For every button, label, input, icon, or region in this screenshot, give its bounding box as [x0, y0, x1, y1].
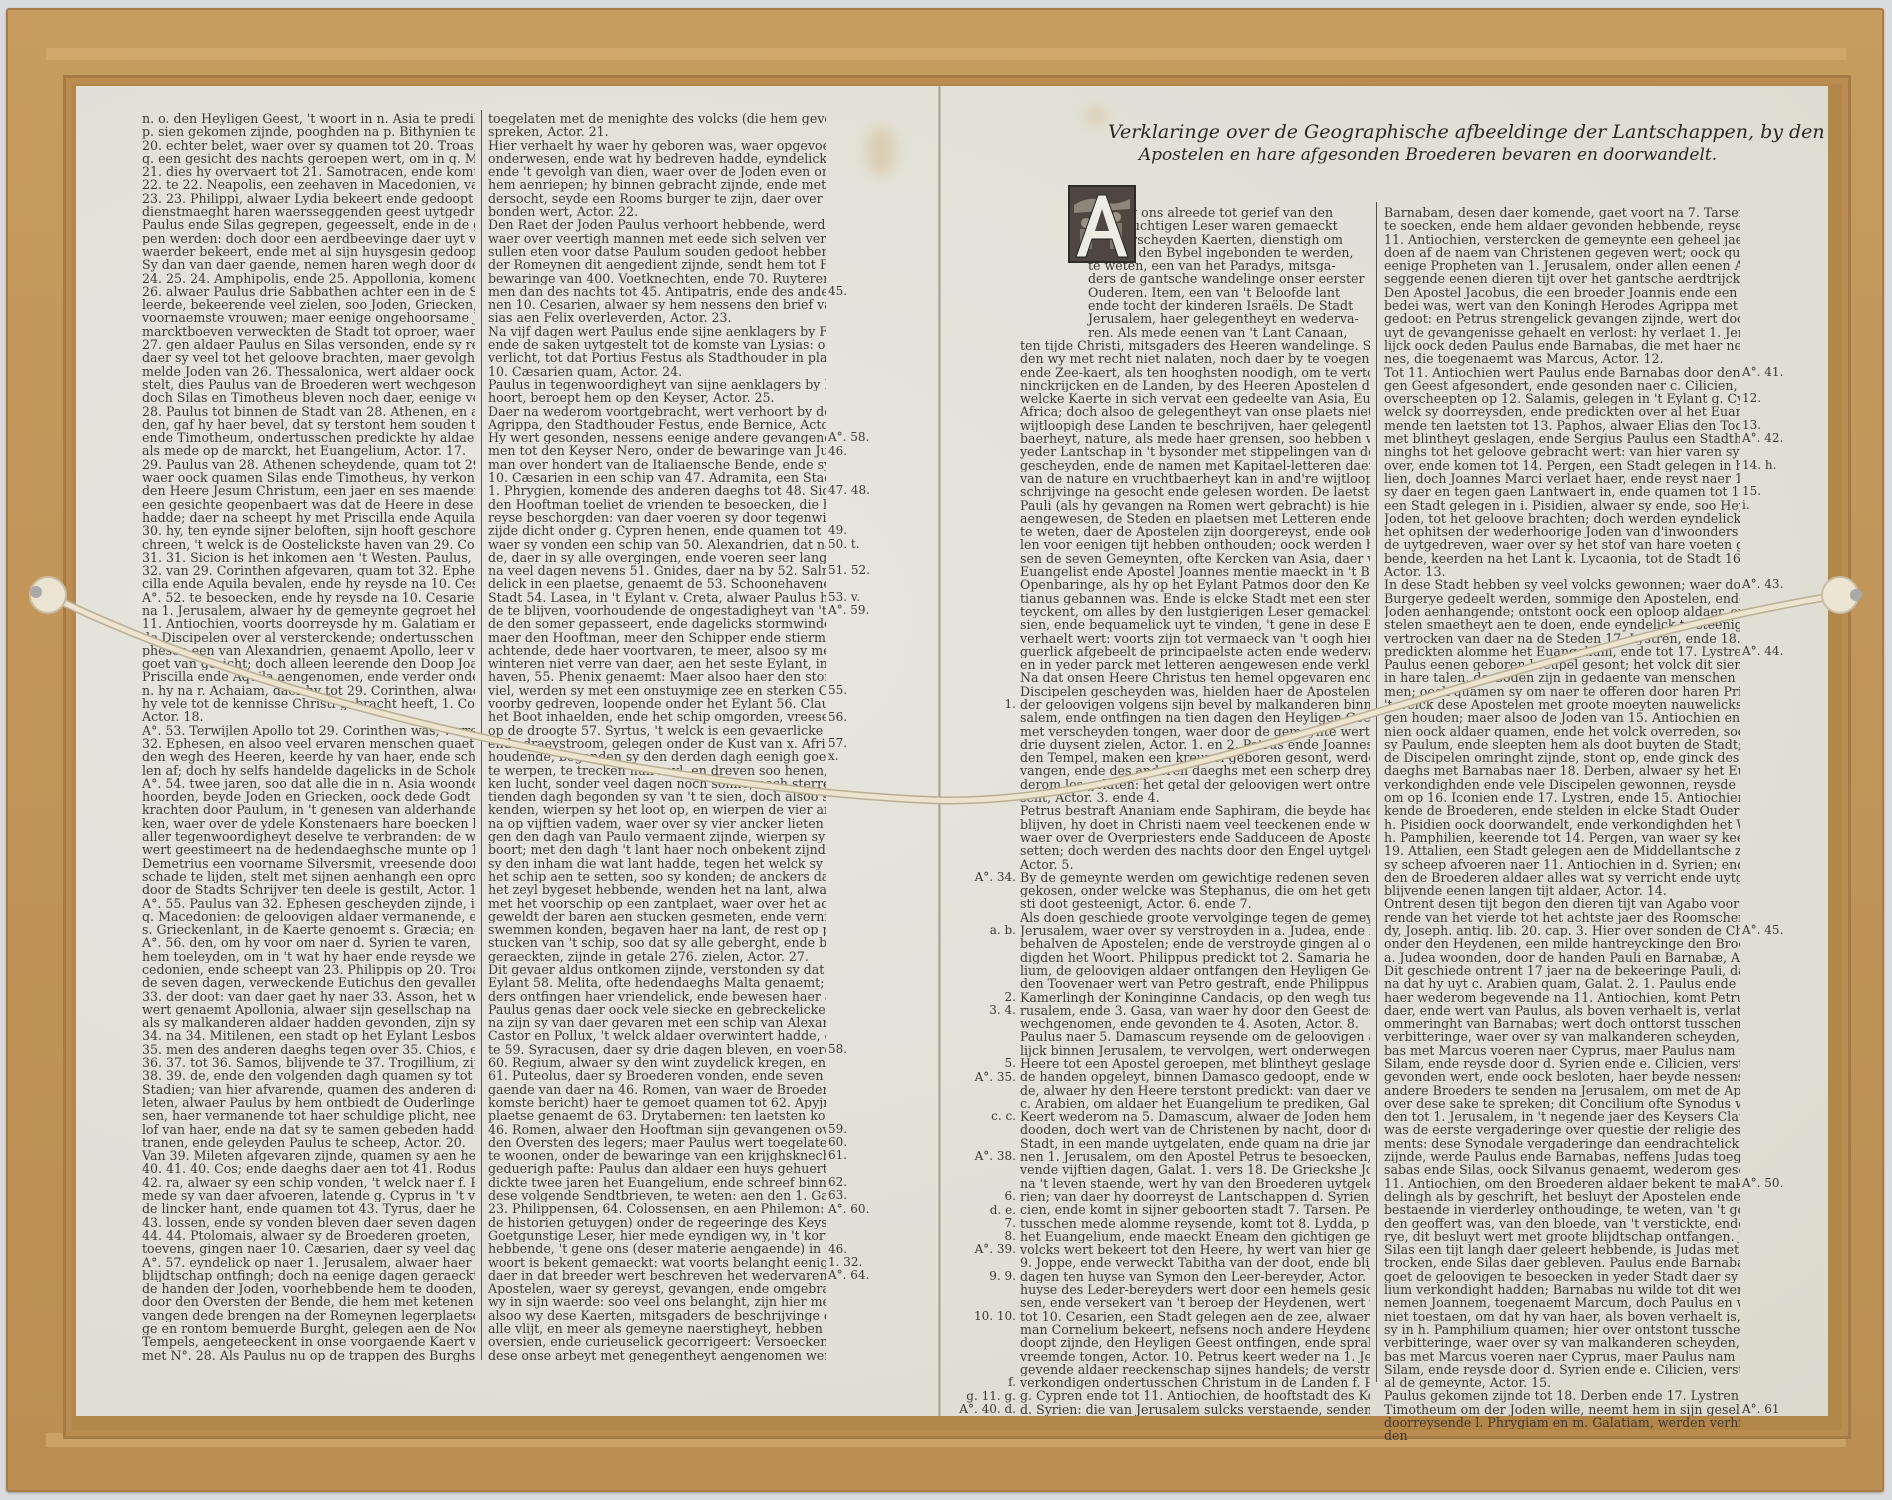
text-line: 24. 25. 24. Amphipolis, ende 25. Appollo…: [142, 272, 475, 285]
margin-reference: A°. 59.: [828, 604, 888, 617]
text-line: 21. dies hy overvaert tot 21. Samotracen…: [142, 165, 475, 178]
text-line: over, ende komen tot 14. Pergen, een Sta…: [1384, 459, 1740, 472]
text-line: sabas ende Silas, oock Silvanus genaemt,…: [1384, 1163, 1740, 1176]
text-line: leten, alwaer Paulus by hem ontbiedt de …: [142, 1096, 475, 1109]
text-line: hem toeleyden, om in 't wat hy haer ende…: [142, 950, 475, 963]
text-line: 20. echter belet, waer over sy quamen to…: [142, 139, 475, 152]
text-line: schade te lijden, stelt met sijnen aenha…: [142, 870, 475, 883]
text-line: dickte twee jaren het Euangelium, ende s…: [488, 1176, 826, 1189]
text-line: waerder bekeert, ende met al sijn huysge…: [142, 245, 475, 258]
column-rule: [481, 110, 482, 1360]
text-line: 36. 37. tot 36. Samos, blijvende te 37. …: [142, 1056, 475, 1069]
text-line: 't welck dese Apostelen met groote moeyt…: [1384, 698, 1740, 711]
text-line: A°. 53. Terwijlen Apollo tot 29. Corinth…: [142, 724, 475, 737]
text-line: den Oversten des legers; maer Paulus wer…: [488, 1136, 826, 1149]
margin-reference: A°. 34.: [956, 871, 1016, 884]
text-line: al de gemeynte, Actor. 15.: [1384, 1376, 1740, 1389]
text-line: stucken van 't schip, soo dat sy alle ge…: [488, 936, 826, 949]
text-line: 35. men des anderen daeghs tegen over 35…: [142, 1043, 475, 1056]
text-line: achtende, dede haer voortvaren, te meer,…: [488, 644, 826, 657]
margin-reference: A°. 60.: [828, 1203, 888, 1216]
text-line: 31. 31. Sicion is het inkomen aen 't Wes…: [142, 551, 475, 564]
text-line: na op vijftien vadem, waer over sy vier …: [488, 817, 826, 830]
text-line: de historien getuygen) onder de regeerin…: [488, 1216, 826, 1229]
margin-reference: 9. 9.: [956, 1270, 1016, 1283]
printed-sheet: n. o. den Heyligen Geest, 't woort in n.…: [76, 86, 1828, 1416]
text-line: schrijvinge na gesocht ende gelesen word…: [1020, 485, 1370, 498]
margin-reference: 62.: [828, 1176, 888, 1189]
text-line: ments: dese Synodale vergaderinge dan ee…: [1384, 1137, 1740, 1150]
margin-reference: A°. 64.: [828, 1269, 888, 1282]
text-line: volcks wert bekeert tot den Heere, hy we…: [1020, 1243, 1370, 1256]
margin-reference: A°. 50.: [1742, 1177, 1802, 1190]
text-line: doopt zijnde, den Heyligen Geest ontfing…: [1020, 1336, 1370, 1349]
text-line: Hy wert gesonden, nessens eenige andere …: [488, 431, 826, 444]
text-line: 42. ra, alwaer sy een schip vonden, 't w…: [142, 1176, 475, 1189]
text-line: de uytgedreven, waer over sy het stof va…: [1384, 538, 1740, 551]
text-line: h. Pisidien oock doorwandelt, ende verko…: [1384, 818, 1740, 831]
text-line: marcktboeven verweckten de Stadt tot opr…: [142, 325, 475, 338]
text-line: len af; doch hy selfs handelde dagelicks…: [142, 764, 475, 777]
text-line: q. een gesicht des nachts geroepen wert,…: [142, 152, 475, 165]
text-line: een Stadt gelegen in i. Pisidien, alwaer…: [1384, 499, 1740, 512]
text-line: Kamerlingh der Koninginne Candacis, op d…: [1020, 991, 1370, 1004]
text-line: ende Zee-kaert, als ten hooghsten noodig…: [1020, 366, 1370, 379]
text-line: Stadt 54. Lasea, in 't Eylant v. Creta, …: [488, 591, 826, 604]
text-line: In dese Stadt hebben sy veel volcks gewo…: [1384, 578, 1740, 591]
title-line-1: Verklaringe over de Geographische afbeel…: [1108, 120, 1748, 144]
text-line: 30. hy, ten eynde sijner beloften, sijn …: [142, 524, 475, 537]
text-line: de lincker hant, ende quamen tot 43. Tyr…: [142, 1202, 475, 1215]
text-line: was de eerste vergaderinge over questie …: [1384, 1123, 1740, 1136]
margin-reference: 58.: [828, 1043, 888, 1056]
text-line: ten tijde Christi, mitsgaders des Heeren…: [1020, 339, 1370, 352]
text-line: A°. 52. te besoecken, ende hy reysde na …: [142, 591, 475, 604]
text-line: Ouderen. Item, een van 't Beloofde lant: [1020, 286, 1370, 299]
text-line: q. Macedonien: de geloovigen aldaer verm…: [142, 910, 475, 923]
text-line: blijvende eenen langen tijt aldaer, Acto…: [1384, 884, 1740, 897]
text-line: met verscheyden tongen, waer door de gem…: [1020, 725, 1370, 738]
text-line: daeghs met Barnabas naer 18. Derben, alw…: [1384, 764, 1740, 777]
text-line: gen houden; maer alsoo de Joden van 15. …: [1384, 711, 1740, 724]
text-line: sen, haer vermanende tot haer schuldige …: [142, 1109, 475, 1122]
woodcut-figures-icon: [1070, 187, 1134, 261]
text-line: waer over veertigh mannen met eede sich …: [488, 232, 826, 245]
text-line: waer sy vonden een schip van 50. Alexand…: [488, 538, 826, 551]
text-line: gescheyden, ende de namen met Kapitael-l…: [1020, 459, 1370, 472]
text-line: oversien, ende curieuselick gecorrigeert…: [488, 1335, 826, 1348]
text-line: hoort, beroept hem op den Keyser, Actor.…: [488, 391, 826, 404]
text-line: Actor. 5.: [1020, 858, 1370, 871]
text-line: sent, Actor. 3. ende 4.: [1020, 791, 1370, 804]
margin-reference: 63.: [828, 1189, 888, 1202]
text-line: 23. 23. Philippi, alwaer Lydia bekeert e…: [142, 192, 475, 205]
margin-reference: 1.: [956, 698, 1016, 711]
text-line: gevonden wert, ende oock besloten, haer …: [1384, 1070, 1740, 1083]
text-line: sy scheep afvoeren naer 11. Antiochien i…: [1384, 858, 1740, 871]
margin-reference: A°. 58.: [828, 431, 888, 444]
text-line: Paulus in tegenwoordigheyt van sijne aen…: [488, 378, 826, 391]
text-line: man Cornelium bekeert, nefsens noch ande…: [1020, 1323, 1370, 1336]
text-line: te soecken, ende hem aldaer gevonden heb…: [1384, 219, 1740, 232]
text-line: ders de gantsche wandelinge onser eerste…: [1020, 272, 1370, 285]
text-line: Den Raet der Joden Paulus verhoort hebbe…: [488, 218, 826, 231]
text-line: kenden, wierpen sy het loot op, en wierp…: [488, 803, 826, 816]
text-line: lof van haer, ende na dat sy te samen ge…: [142, 1123, 475, 1136]
text-line: toegelaten met de menighte des volcks (d…: [488, 112, 826, 125]
margin-reference: 53. v.: [828, 591, 888, 604]
text-line: als mede op de marckt, het Euangelium, A…: [142, 444, 475, 457]
text-line: tienden dagh begonden sy van 't te sien,…: [488, 790, 826, 803]
margin-reference: 59.: [828, 1123, 888, 1136]
text-line: By de gemeynte werden om gewichtige rede…: [1020, 871, 1370, 884]
margin-reference: 50. t.: [828, 538, 888, 551]
margin-reference: A°. 38.: [956, 1150, 1016, 1163]
text-line: gekosen, onder welcke was Stephanus, die…: [1020, 884, 1370, 897]
text-line: vertrocken van daer na de Steden 17. Lys…: [1384, 632, 1740, 645]
text-line: n. hy na r. Achaiam, daer hy tot 29. Cor…: [142, 684, 475, 697]
text-line: mede sy van daer afvoeren, latende g. Cy…: [142, 1189, 475, 1202]
woodcut-initial-letter: A: [1068, 185, 1136, 263]
text-line: p. sien gekomen zijnde, pooghden na p. B…: [142, 125, 475, 138]
text-line: wert geestimeert na de hedendaeghsche mu…: [142, 843, 475, 856]
text-line: h. Pamphilien, keerende tot 14. Pergen, …: [1384, 831, 1740, 844]
text-line: vangen dede brengen na der Romeynen lege…: [142, 1309, 475, 1322]
text-line: blijven, hy doet in Christi naem veel te…: [1020, 818, 1370, 831]
text-line: Eylant 58. Melita, ofte hedendaeghs Malt…: [488, 976, 826, 989]
text-line: sy daer en tegen gaen Lantwaert in, ende…: [1384, 485, 1740, 498]
text-line: trocken, ende Silas daer gebleven. Paulu…: [1384, 1256, 1740, 1269]
text-line: Paulus ende Silas gegrepen, gegeesselt, …: [142, 218, 475, 231]
margin-reference: 46.: [828, 445, 888, 458]
text-line: hebbende, 't gene ons (deser materie aen…: [488, 1242, 826, 1255]
text-line: den wy met recht niet nalaten, noch daer…: [1020, 352, 1370, 365]
text-line: den Toovenaer wert van Petro gestraft, e…: [1020, 977, 1370, 990]
text-line: aller tegenwoordigheyt deselve te verbra…: [142, 830, 475, 843]
text-line: delingh als by geschrift, het besluyt de…: [1384, 1190, 1740, 1203]
text-line: na veel dagen nevens 51. Gnides, daer na…: [488, 564, 826, 577]
text-line: Paulus gekomen zijnde tot 18. Derben end…: [1384, 1389, 1740, 1402]
text-line: gen den dagh van Paulo vermaent zijnde, …: [488, 830, 826, 843]
text-line: hadde; daer na scheept hy met Priscilla …: [142, 511, 475, 524]
text-line: swemmen konden, begaven haer na lant, de…: [488, 923, 826, 936]
margin-reference: 3. 4.: [956, 1004, 1016, 1017]
text-line: teyckent, om alles by den lustgierigen L…: [1020, 605, 1370, 618]
text-line: gen Geest afgesondert, ende gesonden nae…: [1384, 379, 1740, 392]
text-line: te weten, daer de Apostelen zijn doorger…: [1020, 525, 1370, 538]
text-line: ders ontfingen haer vriendelick, ende be…: [488, 990, 826, 1003]
text-line: Burgerye gedeelt werden, sommige den Apo…: [1384, 592, 1740, 605]
text-line: 11. Antiochien, verstercken de gemeynte …: [1384, 233, 1740, 246]
text-line: eenige Propheten van 1. Jerusalem, onder…: [1384, 259, 1740, 272]
text-line: op de droogte 57. Syrtus, 't welck is ee…: [488, 724, 826, 737]
text-line: sy in h. Pamphilium quamen; hier over on…: [1384, 1323, 1740, 1336]
document-title: Verklaringe over de Geographische afbeel…: [1108, 120, 1748, 166]
text-line: men; oock quamen sy om naer te offeren d…: [1384, 685, 1740, 698]
text-line: setten; doch werden des nachts door den …: [1020, 844, 1370, 857]
text-line: 10. Cæsarien quam, Actor. 24.: [488, 365, 826, 378]
text-line: viel, werden sy met een onstuymige zee e…: [488, 684, 826, 697]
text-line: met het voorschip op een zantplaet, waer…: [488, 897, 826, 910]
margin-reference: 6.: [956, 1190, 1016, 1203]
text-line: delick in een plaetse, genaemt de 53. Sc…: [488, 577, 826, 590]
text-line: nen 1. Jerusalem, om den Apostel Petrus …: [1020, 1150, 1370, 1163]
text-line: 33. der doot: van daer gaet hy naer 33. …: [142, 990, 475, 1003]
text-line: baerheyt, nature, als mede haer grensen,…: [1020, 432, 1370, 445]
text-line: Demetrius een voorname Silversmit, vrees…: [142, 857, 475, 870]
text-line: pen werden: doch door een aerdbeevinge d…: [142, 232, 475, 245]
text-line: winteren niet verre van daer, aen het se…: [488, 657, 826, 670]
text-line: doen af de naem van Christenen gegeven w…: [1384, 246, 1740, 259]
text-line: den de Broederen aldaer alles wat sy ver…: [1384, 871, 1740, 884]
text-line: Keert wederom na 5. Damascum, alwaer de …: [1020, 1110, 1370, 1123]
text-line: Paulus eenen geboren kreupel gesont; het…: [1384, 658, 1740, 671]
text-line: Euangelist ende Apostel Joannes mentie m…: [1020, 565, 1370, 578]
text-line: gaende van daer na 46. Romen, van waer d…: [488, 1083, 826, 1096]
text-line: 28. Paulus tot binnen de Stadt van 28. A…: [142, 405, 475, 418]
text-line: dagen ten huyse van Symon den Leer-berey…: [1020, 1270, 1370, 1283]
text-line: welck sy doorreysden, ende predickten ov…: [1384, 405, 1740, 418]
text-line: vangen, ende des anderen daeghs met een …: [1020, 764, 1370, 777]
text-line: houdende, begonden sy den derden dagh ee…: [488, 750, 826, 763]
margin-reference: 46.: [828, 1243, 888, 1256]
text-line: c. Arabien, om aldaer het Euangelium te …: [1020, 1097, 1370, 1110]
text-line: Daer na wederom voortgebracht, wert verh…: [488, 405, 826, 418]
text-line: ende 't gevolgh van dien, waer over de J…: [488, 165, 826, 178]
text-line: rye, dit besluyt wert met groote blijdts…: [1384, 1230, 1740, 1243]
text-line: het ophitsen der wederhoorige Joden van …: [1384, 525, 1740, 538]
text-line: over dese sake te spreken; dit Concilium…: [1384, 1097, 1740, 1110]
text-line: yeder Lantschap in 't bysonder met stipp…: [1020, 445, 1370, 458]
text-line: Silas een tijt langh daer geleert hebben…: [1384, 1243, 1740, 1256]
text-line: goet van gesicht; doch alleen leerende d…: [142, 657, 475, 670]
text-line: bende, keerden na het Lant k. Lycaonia, …: [1384, 552, 1740, 565]
margin-reference: c. c.: [956, 1110, 1016, 1123]
text-line: hoorden, beyde Joden en Griecken, oock d…: [142, 790, 475, 803]
text-line: maer den Hooftman, meer den Schipper end…: [488, 631, 826, 644]
text-line: toevens, gingen naer 10. Cæsarien, daer …: [142, 1242, 475, 1255]
text-line: de Discipelen omringht zijnde, stont op,…: [1384, 751, 1740, 764]
text-line: de Discipelen over al versterckende; ond…: [142, 631, 475, 644]
text-line: nien oock aldaer quamen, ende het volck …: [1384, 725, 1740, 738]
text-line: phesen een van Alexandrien, genaemt Apol…: [142, 644, 475, 657]
text-line: door de Stadts Schrijver ten deele is ge…: [142, 883, 475, 896]
margin-reference: 47. 48.: [828, 484, 888, 497]
text-line: plaetse genaemt de 63. Drytabernen: ten …: [488, 1109, 826, 1122]
margin-reference: A°. 43.: [1742, 578, 1802, 591]
text-line: onderwesen, ende wat hy bedreven hadde, …: [488, 152, 826, 165]
text-line: 43. lossen, ende sy vonden bleven daer s…: [142, 1216, 475, 1229]
text-line: van de nature en vruchtbaerheyt kan in a…: [1020, 472, 1370, 485]
margin-reference: 55.: [828, 684, 888, 697]
text-line: sy den inham die wat lant hadde, tegen h…: [488, 857, 826, 870]
text-line: A°. 57. eyndelick op naer 1. Jerusalem, …: [142, 1256, 475, 1269]
margin-reference: 14. h.: [1742, 459, 1802, 472]
text-line: waer oock quamen Silas ende Timotheus, h…: [142, 471, 475, 484]
text-line: tot 10. Cesarien, een Stadt gelegen aen …: [1020, 1310, 1370, 1323]
text-line: der geloovigen volgens sijn bevel by mal…: [1020, 698, 1370, 711]
text-line: leerde, bekeerende veel zielen, soo Jode…: [142, 298, 475, 311]
text-line: reyse beschorgden: van daer voeren sy do…: [488, 511, 826, 524]
text-line: nemen Joannem, toegenaemt Marcum, doch P…: [1384, 1296, 1740, 1309]
text-line: lium verkondight hadden; Barnabas nu wil…: [1384, 1283, 1740, 1296]
text-line: Na vijf dagen wert Paulus ende sijne aen…: [488, 325, 826, 338]
text-line: bas met Marcus voeren naer Cyprus, maer …: [1384, 1350, 1740, 1363]
text-line: komste bericht) haer te gemoet quamen to…: [488, 1096, 826, 1109]
text-line: de handen opgeleyt, binnen Damasco gedoo…: [1020, 1070, 1370, 1083]
text-line: rende van het vierde tot het achtste jae…: [1384, 911, 1740, 924]
text-line: sias aen Felix overleverden, Actor. 23.: [488, 311, 826, 324]
text-line: na dat hy uyt c. Arabien quam, Galat. 2.…: [1384, 977, 1740, 990]
text-line: stelt, dies Paulus van de Broederen wert…: [142, 378, 475, 391]
text-line: alsoo wy dese Kaerten, mitsgaders de bes…: [488, 1309, 826, 1322]
text-line: den Tempel, maken een kreupel-geboren ge…: [1020, 751, 1370, 764]
text-line: seggende eenen dieren tijt over het gant…: [1384, 272, 1740, 285]
margin-reference: a. b.: [956, 924, 1016, 937]
text-line: welcke Kaerte in sich vervat een gedeelt…: [1020, 392, 1370, 405]
text-line: men tot den Keyser Nero, onder de bewari…: [488, 444, 826, 457]
left-column-1: n. o. den Heyligen Geest, 't woort in n.…: [142, 112, 475, 1362]
text-line: Agrippa, den Stadthouder Festus, ende Be…: [488, 418, 826, 431]
text-line: Africa; doch alsoo de gelegentheyt van o…: [1020, 405, 1370, 418]
text-line: dy, Joseph. antiq. lib. 20. cap. 3. Hier…: [1384, 924, 1740, 937]
text-line: geweldt der baren aen stucken gesmeten, …: [488, 910, 826, 923]
text-line: na 1. Jerusalem, alwaer hy de gemeynte g…: [142, 604, 475, 617]
text-line: nes, die toegenaemt was Marcus, Actor. 1…: [1384, 352, 1740, 365]
text-line: dese volgende Sendtbrieven, te weten: ae…: [488, 1189, 826, 1202]
text-line: dese onse arbeyt met genegentheyt aengen…: [488, 1349, 826, 1362]
text-line: ninghs tot het geloove gebracht wert: va…: [1384, 445, 1740, 458]
text-line: te 59. Syracusen, daer sy drie dagen ble…: [488, 1043, 826, 1056]
text-line: aengewesen, de Steden en plaetsen met Le…: [1020, 512, 1370, 525]
text-line: Discipelen gescheyden was, hielden haer …: [1020, 685, 1370, 698]
text-line: a. Judea woonden, door de handen Pauli e…: [1384, 951, 1740, 964]
text-line: zijnde, werde Paulus ende Barnabas, neff…: [1384, 1150, 1740, 1163]
margin-reference: A°. 44.: [1742, 645, 1802, 658]
text-line: hem aenriepen; hy binnen gebracht zijnde…: [488, 178, 826, 191]
text-line: met blintheyt geslagen, ende Sergius Pau…: [1384, 432, 1740, 445]
margin-reference: 51. 52.: [828, 564, 888, 577]
text-line: krachten door Paulum, in 't genesen van …: [142, 803, 475, 816]
margin-reference: A°. 61: [1742, 1403, 1802, 1416]
text-line: chreen, 't welck is de Oostelickste have…: [142, 538, 475, 551]
text-line: sti doot gesteenigt, Actor. 6. ende 7.: [1020, 897, 1370, 910]
margin-reference: d. e.: [956, 1204, 1016, 1217]
text-line: sullen eten voor datse Paulum souden ged…: [488, 245, 826, 258]
text-line: Barnabam, desen daer komende, gaet voort…: [1384, 206, 1740, 219]
text-line: te werpen, te trecken hun zeyl, en dreve…: [488, 764, 826, 777]
text-line: alle vlijt, en meer als gemeyne naerstig…: [488, 1322, 826, 1335]
text-line: woort is bekent gemaeckt: wat voorts bel…: [488, 1256, 826, 1269]
text-line: te woonen, onder de bewaringe van een kr…: [488, 1149, 826, 1162]
text-line: bas met Marcus voeren naer Cyprus, maer …: [1384, 1044, 1740, 1057]
text-line: 10. Cæsarien in een schip van 47. Adrami…: [488, 471, 826, 484]
text-line: verbitteringe, waer over sy van malkande…: [1384, 1030, 1740, 1043]
text-line: Joden, tot het geloove brachten; doch we…: [1384, 512, 1740, 525]
text-line: Ontrent desen tijt begon den dieren tijt…: [1384, 897, 1740, 910]
left-column-2: toegelaten met de menighte des volcks (d…: [488, 112, 826, 1362]
text-line: andere Broeders te senden na Jerusalem, …: [1384, 1084, 1740, 1097]
text-line: gedoot: en Petrus strengelick gevangen z…: [1384, 312, 1740, 325]
text-line: Tot 11. Antiochien wert Paulus ende Barn…: [1384, 366, 1740, 379]
text-line: Tempels, aengeteeckent in onse voorgaend…: [142, 1335, 475, 1348]
text-line: verhaelt wert: voorts zijn tot vermaeck …: [1020, 632, 1370, 645]
text-line: nen 10. Cesarien, alwaer sy hem nessens …: [488, 298, 826, 311]
margin-reference: f.: [956, 1376, 1016, 1389]
text-line: uyt de gevangenisse gehaelt en verlost: …: [1384, 326, 1740, 339]
margin-reference: 60.: [828, 1136, 888, 1149]
text-line: drie duysent zielen, Actor. 1. en 2. Pet…: [1020, 738, 1370, 751]
text-line: het Euangelium, ende maeckt Eneam den gi…: [1020, 1230, 1370, 1243]
text-line: Jerusalem, haer gelegentheyt en wederva-: [1020, 312, 1370, 325]
text-line: 27. gen aldaer Paulus en Silas versonden…: [142, 338, 475, 351]
text-line: Silam, ende reysde door d. Syrien ende e…: [1384, 1057, 1740, 1070]
text-line: men dan des nachts tot 45. Antipatris, e…: [488, 285, 826, 298]
text-line: Goetgunstige Leser, hier mede eyndigen w…: [488, 1229, 826, 1242]
text-line: niet toestaen, om dat hy van haer, als b…: [1384, 1310, 1740, 1323]
text-line: den tot 1. Jerusalem, in 't negende jaer…: [1384, 1110, 1740, 1123]
text-line: d. Syrien: die van Jerusalem sulcks vers…: [1020, 1403, 1370, 1416]
text-line: geraeckten, zijnde in getale 276. zielen…: [488, 950, 826, 963]
text-line: spreken, Actor. 21.: [488, 125, 826, 138]
text-line: Stadien; van hier afvarende, quamen des …: [142, 1083, 475, 1096]
text-line: doch Silas en Timotheus bleven noch daer…: [142, 391, 475, 404]
text-line: na zijn sy van daer gevaren met een schi…: [488, 1016, 826, 1029]
text-line: het schip aen te setten, soo sy konden; …: [488, 870, 826, 883]
text-line: ommeringht van Barnabas; wert doch ontto…: [1384, 1017, 1740, 1030]
text-line: 9. Joppe, ende verweckt Tabitha van der …: [1020, 1256, 1370, 1269]
text-line: 32. van 29. Corinthen afgevaren, quam to…: [142, 564, 475, 577]
text-line: Den Apostel Jacobus, die een broeder Joa…: [1384, 286, 1740, 299]
margin-reference: 12.: [1742, 392, 1802, 405]
text-line: kende de Broederen, ende stelden in elck…: [1384, 804, 1740, 817]
text-line: haer wederom begevende na 11. Antiochien…: [1384, 991, 1740, 1004]
text-line: met N°. 28. Als Paulus nu op de trappen …: [142, 1349, 475, 1362]
right-column-2: Barnabam, desen daer komende, gaet voort…: [1384, 206, 1740, 1443]
text-line: Na dat onsen Heere Christus ten hemel op…: [1020, 671, 1370, 684]
text-line: vende vijftien dagen, Galat. 1. vers 18.…: [1020, 1163, 1370, 1176]
text-line: bewaringe van 400. Voetknechten, ende 70…: [488, 272, 826, 285]
text-line: bonden wert, Actor. 22.: [488, 205, 826, 218]
text-line: dersocht, seyde een Rooms burger te zijn…: [488, 192, 826, 205]
text-line: Heere tot een Apostel geroepen, met blin…: [1020, 1057, 1370, 1070]
text-line: gevende aldaer reeckenschap sijnes hande…: [1020, 1363, 1370, 1376]
text-line: sy Paulum, ende sleepten hem als doot bu…: [1384, 738, 1740, 751]
text-line: Sy dan van daer gaende, nemen haren wegh…: [142, 258, 475, 271]
text-line: 11. Antiochien, om den Broederen aldaer …: [1384, 1177, 1740, 1190]
text-line: mende ten laetsten tot 13. Paphos, alwae…: [1384, 419, 1740, 432]
text-line: Hier verhaelt hy waer hy geboren was, wa…: [488, 139, 826, 152]
text-line: bestaende in vierderley onthoudinge, te …: [1384, 1203, 1740, 1216]
text-line: lium, de geloovigen aldaer ontfangen den…: [1020, 964, 1370, 977]
text-line: lien, doch Joannes Marci verlaet haer, e…: [1384, 472, 1740, 485]
text-line: Paulus genas daer oock vele siecke en ge…: [488, 1003, 826, 1016]
text-line: bedei was, wert van den Koningh Herodes …: [1384, 299, 1740, 312]
text-line: den geoffert was, van den bloede, van 't…: [1384, 1217, 1740, 1230]
text-line: Joden aenhangende; ontstont oock een opl…: [1384, 605, 1740, 618]
text-line: Openbaringe, als hy op het Eylant Patmos…: [1020, 578, 1370, 591]
text-line: ende de saken uytgestelt tot de komste v…: [488, 338, 826, 351]
text-line: Pauli (als hy gevangen na Romen wert geb…: [1020, 499, 1370, 512]
text-line: lijck binnen Jerusalem, te vervolgen, we…: [1020, 1044, 1370, 1057]
text-line: het zeyl bygeset hebbende, wenden het na…: [488, 883, 826, 896]
text-line: huyse des Leder-bereyders wert door een …: [1020, 1283, 1370, 1296]
margin-reference: 61.: [828, 1149, 888, 1162]
text-line: ken, waer over de ydele Konstenaers hare…: [142, 817, 475, 830]
text-line: de handen der Joden, voorhebbende hem te…: [142, 1282, 475, 1295]
text-line: guerlick afgebeelt de principaelste acte…: [1020, 645, 1370, 658]
text-line: Priscilla ende Aquila aengenomen, ende v…: [142, 670, 475, 683]
